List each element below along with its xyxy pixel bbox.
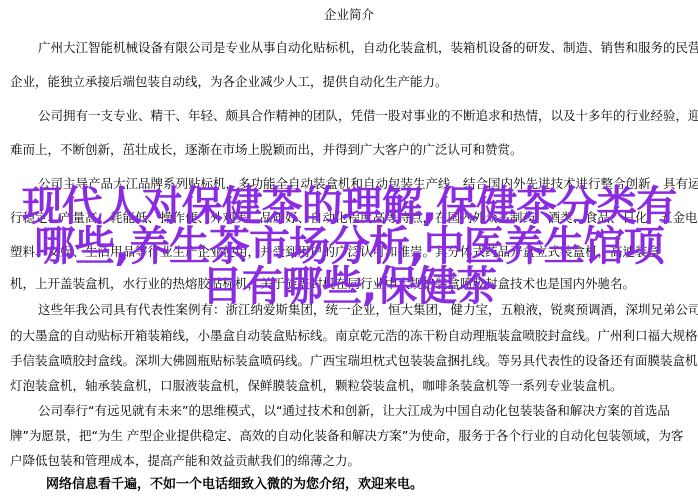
closing-line: 网络信息看千遍，不如一个电话细致入微的为您介绍，欢迎来电。 [46,477,698,493]
document-title: 企业简介 [0,7,698,23]
watermark-line: 目有哪些,保健茶 [0,266,698,306]
paragraph-line: 难而上，不断创新，茁壮成长，逐渐在市场上脱颖而出，并得到广大客户的广泛认可和赞赏… [10,142,690,158]
paragraph-line: 手信装盒喷胶封盒线。深圳大佛圆瓶贴标装盒喷码线。广西宝瑞坦枕式包装装盒捆扎线。等… [10,353,690,369]
paragraph-line: 的大墨盒的自动贴标开箱装箱线，小墨盒自动装盒贴标线。南京乾元浩的冻干粉自动理瓶装… [10,328,690,344]
paragraph-line: 灯泡装盒机，轴承装盒机，口服液装盒机，保鲜膜装盒机，颗粒袋装盒机，咖啡条装盒机等… [10,378,690,394]
paragraph-line: 户降低包装和管理成本，提高产能和效益贡献我们的绵薄之力。 [10,453,690,469]
watermark-headline: 现代人对保健茶的理解,保健茶分类有 哪些,养生茶市场分析,中医养生馆项 目有哪些… [0,186,698,306]
paragraph-line: 企业，能独立承接后端包装自动线，为各企业减少人工，提供自动化生产能力。 [10,74,690,90]
watermark-line: 哪些,养生茶市场分析,中医养生馆项 [0,226,698,266]
paragraph-line: 公司奉行“有远见就有未来”的思维模式，以“通过技术和创新，让大江成为中国自动化包… [38,403,698,419]
paragraph-line: 广州大江智能机械设备有限公司是专业从事自动化贴标机，自动化装盒机，装箱机设备的研… [38,40,698,56]
paragraph-line: 牌”为愿景，把“为生 产型企业提供稳定、高效的自动化装备和解决方案”为使命，服务… [10,428,690,444]
watermark-line: 现代人对保健茶的理解,保健茶分类有 [0,186,698,226]
paragraph-line: 公司拥有一支专业、精干、年轻、颇具合作精神的团队，凭借一股对事业的不断追求和热情… [38,108,698,124]
